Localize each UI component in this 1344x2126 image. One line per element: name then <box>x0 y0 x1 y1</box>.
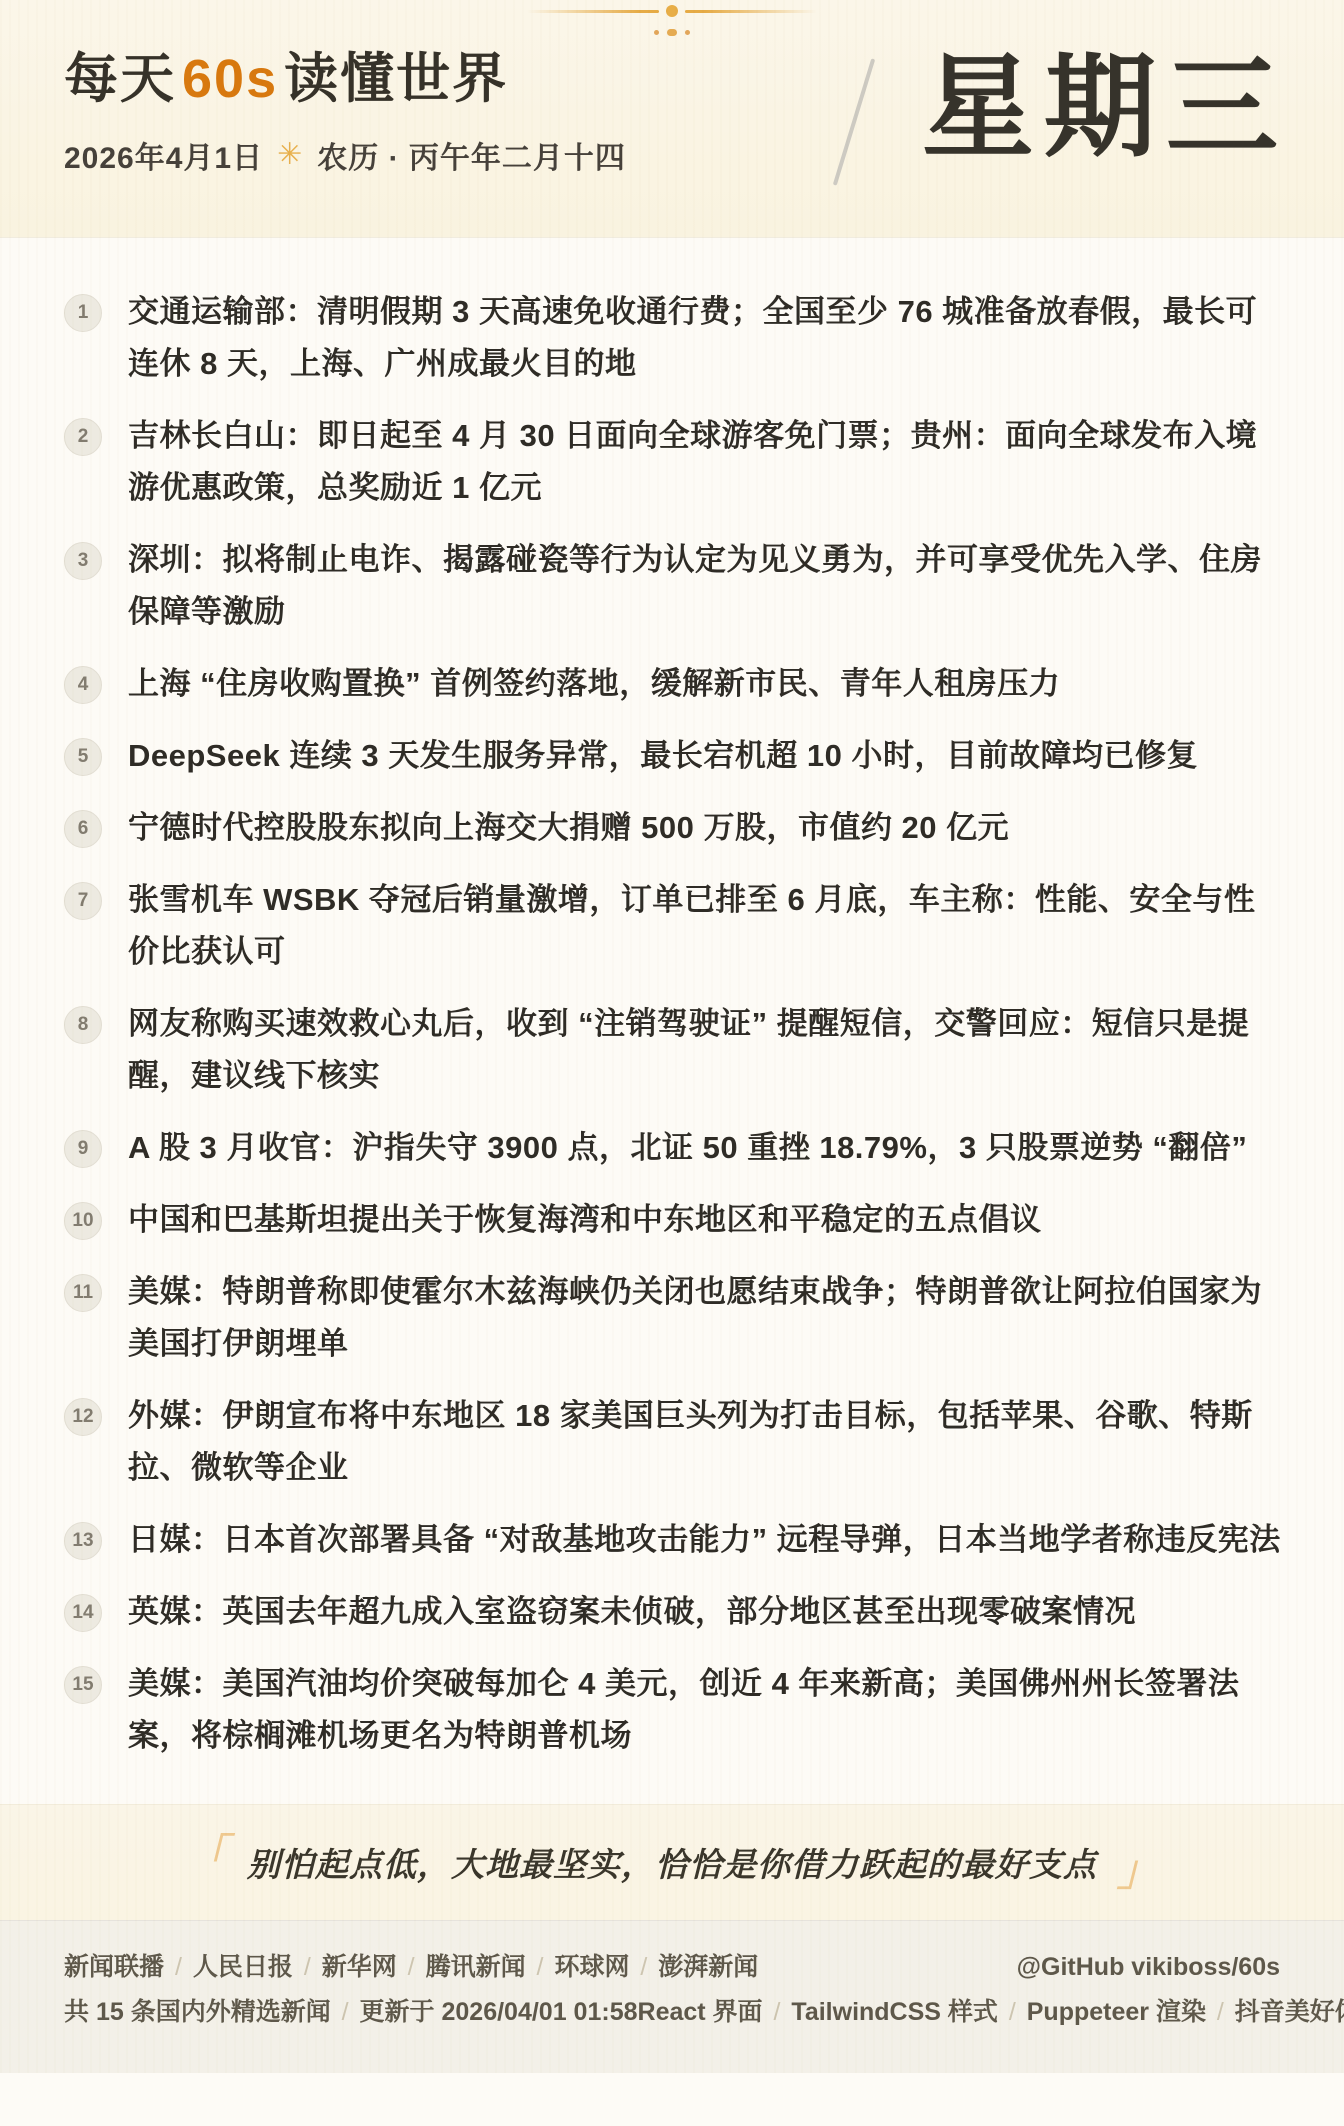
title-accent-60s: 60s <box>176 49 284 109</box>
title-suffix: 读懂世界 <box>284 49 508 109</box>
item-number-badge: 7 <box>64 882 102 920</box>
news-item-text: 美媒：特朗普称即使霍尔木兹海峡仍关闭也愿结束战争；特朗普欲让阿拉伯国家为美国打伊… <box>128 1266 1282 1370</box>
ornament-circle-icon <box>666 5 678 17</box>
news-list: 1 交通运输部：清明假期 3 天高速免收通行费；全国至少 76 城准备放春假，最… <box>64 286 1282 1762</box>
dot-icon <box>654 30 659 35</box>
item-number-badge: 13 <box>64 1522 102 1560</box>
top-ornament-dots <box>654 29 690 36</box>
quote-close-bracket-icon: 」 <box>1117 1850 1159 1892</box>
item-number-badge: 14 <box>64 1594 102 1632</box>
news-item-text: 上海 “住房收购置换” 首例签约落地，缓解新市民、青年人租房压力 <box>128 658 1060 710</box>
item-number-badge: 4 <box>64 666 102 704</box>
news-item: 14 英媒：英国去年超九成入室盗窃案未侦破，部分地区甚至出现零破案情况 <box>64 1586 1282 1638</box>
news-item-text: 美媒：美国汽油均价突破每加仑 4 美元，创近 4 年来新高；美国佛州州长签署法案… <box>128 1658 1282 1762</box>
quote-open-bracket-icon: 「 <box>185 1834 227 1876</box>
footer-row-meta: 共 15 条国内外精选新闻 / 更新于 2026/04/01 01:58 Rea… <box>64 2000 1280 2025</box>
news-item-text: 深圳：拟将制止电诈、揭露碰瓷等行为认定为见义勇为，并可享受优先入学、住房保障等激… <box>128 534 1282 638</box>
gregorian-date: 2026年4月1日 <box>64 133 263 177</box>
news-item-text: DeepSeek 连续 3 天发生服务异常，最长宕机超 10 小时，目前故障均已… <box>128 730 1198 782</box>
item-number-badge: 9 <box>64 1130 102 1168</box>
news-item: 13 日媒：日本首次部署具备 “对敌基地攻击能力” 远程导弹，日本当地学者称违反… <box>64 1514 1282 1566</box>
item-number-badge: 6 <box>64 810 102 848</box>
news-item: 12 外媒：伊朗宣布将中东地区 18 家美国巨头列为打击目标，包括苹果、谷歌、特… <box>64 1390 1282 1494</box>
news-item-text: 张雪机车 WSBK 夺冠后销量激增，订单已排至 6 月底，车主称：性能、安全与性… <box>128 874 1282 978</box>
news-item-text: 中国和巴基斯坦提出关于恢复海湾和中东地区和平稳定的五点倡议 <box>128 1194 1042 1246</box>
news-item: 10 中国和巴基斯坦提出关于恢复海湾和中东地区和平稳定的五点倡议 <box>64 1194 1282 1246</box>
news-item: 15 美媒：美国汽油均价突破每加仑 4 美元，创近 4 年来新高；美国佛州州长签… <box>64 1658 1282 1762</box>
item-number-badge: 12 <box>64 1398 102 1436</box>
item-number-badge: 10 <box>64 1202 102 1240</box>
github-credit: @GitHub vikiboss/60s <box>1017 1955 1280 1980</box>
daily-quote-section: 「 别怕起点低，大地最坚实，恰恰是你借力跃起的最好支点 」 <box>0 1804 1344 1920</box>
tech-credits: React 界面 / TailwindCSS 样式 / Puppeteer 渲染… <box>638 2000 1344 2025</box>
dot-icon <box>667 29 677 36</box>
title-prefix: 每天 <box>64 49 176 109</box>
news-item: 8 网友称购买速效救心丸后，收到 “注销驾驶证” 提醒短信，交警回应：短信只是提… <box>64 998 1282 1102</box>
header: 每天60s读懂世界 2026年4月1日 ✳ 农历 · 丙午年二月十四 星期三 <box>0 0 1344 238</box>
news-item: 6 宁德时代控股股东拟向上海交大捐赠 500 万股，市值约 20 亿元 <box>64 802 1282 854</box>
item-number-badge: 15 <box>64 1666 102 1704</box>
digest-stats: 共 15 条国内外精选新闻 / 更新于 2026/04/01 01:58 <box>64 2000 638 2025</box>
news-item-text: A 股 3 月收官：沪指失守 3900 点，北证 50 重挫 18.79%，3 … <box>128 1122 1247 1174</box>
ornament-line-right <box>685 10 817 13</box>
page-title: 每天60s读懂世界 <box>64 50 842 109</box>
lunar-date: 农历 · 丙午年二月十四 <box>317 133 626 177</box>
news-digest-card: 每天60s读懂世界 2026年4月1日 ✳ 农历 · 丙午年二月十四 星期三 1… <box>0 0 1344 2073</box>
item-number-badge: 2 <box>64 418 102 456</box>
news-item-text: 吉林长白山：即日起至 4 月 30 日面向全球游客免门票；贵州：面向全球发布入境… <box>128 410 1282 514</box>
news-item: 11 美媒：特朗普称即使霍尔木兹海峡仍关闭也愿结束战争；特朗普欲让阿拉伯国家为美… <box>64 1266 1282 1370</box>
top-ornament-line <box>527 5 817 17</box>
news-sources: 新闻联播 / 人民日报 / 新华网 / 腾讯新闻 / 环球网 / 澎湃新闻 <box>64 1955 758 1980</box>
news-item-text: 宁德时代控股股东拟向上海交大捐赠 500 万股，市值约 20 亿元 <box>128 802 1009 854</box>
news-item: 1 交通运输部：清明假期 3 天高速免收通行费；全国至少 76 城准备放春假，最… <box>64 286 1282 390</box>
news-item: 2 吉林长白山：即日起至 4 月 30 日面向全球游客免门票；贵州：面向全球发布… <box>64 410 1282 514</box>
item-number-badge: 3 <box>64 542 102 580</box>
news-item: 9 A 股 3 月收官：沪指失守 3900 点，北证 50 重挫 18.79%，… <box>64 1122 1282 1174</box>
news-item: 4 上海 “住房收购置换” 首例签约落地，缓解新市民、青年人租房压力 <box>64 658 1282 710</box>
weekday-label: 星期三 <box>922 52 1288 164</box>
news-item-text: 网友称购买速效救心丸后，收到 “注销驾驶证” 提醒短信，交警回应：短信只是提醒，… <box>128 998 1282 1102</box>
news-item: 5 DeepSeek 连续 3 天发生服务异常，最长宕机超 10 小时，目前故障… <box>64 730 1282 782</box>
ornament-line-left <box>527 10 659 13</box>
daily-quote-text: 别怕起点低，大地最坚实，恰恰是你借力跃起的最好支点 <box>247 1839 1097 1886</box>
news-item-text: 日媒：日本首次部署具备 “对敌基地攻击能力” 远程导弹，日本当地学者称违反宪法 <box>128 1514 1281 1566</box>
news-item-text: 交通运输部：清明假期 3 天高速免收通行费；全国至少 76 城准备放春假，最长可… <box>128 286 1282 390</box>
news-item: 7 张雪机车 WSBK 夺冠后销量激增，订单已排至 6 月底，车主称：性能、安全… <box>64 874 1282 978</box>
footer: 新闻联播 / 人民日报 / 新华网 / 腾讯新闻 / 环球网 / 澎湃新闻 @G… <box>0 1920 1344 2073</box>
news-list-section: 1 交通运输部：清明假期 3 天高速免收通行费；全国至少 76 城准备放春假，最… <box>0 238 1344 1804</box>
item-number-badge: 11 <box>64 1274 102 1312</box>
news-item: 3 深圳：拟将制止电诈、揭露碰瓷等行为认定为见义勇为，并可享受优先入学、住房保障… <box>64 534 1282 638</box>
header-left: 每天60s读懂世界 2026年4月1日 ✳ 农历 · 丙午年二月十四 <box>64 50 842 177</box>
asterisk-flower-icon: ✳ <box>277 140 303 170</box>
news-item-text: 外媒：伊朗宣布将中东地区 18 家美国巨头列为打击目标，包括苹果、谷歌、特斯拉、… <box>128 1390 1282 1494</box>
news-item-text: 英媒：英国去年超九成入室盗窃案未侦破，部分地区甚至出现零破案情况 <box>128 1586 1136 1638</box>
footer-row-sources: 新闻联播 / 人民日报 / 新华网 / 腾讯新闻 / 环球网 / 澎湃新闻 @G… <box>64 1955 1280 1980</box>
item-number-badge: 1 <box>64 294 102 332</box>
date-line: 2026年4月1日 ✳ 农历 · 丙午年二月十四 <box>64 133 842 177</box>
dot-icon <box>685 30 690 35</box>
item-number-badge: 5 <box>64 738 102 776</box>
item-number-badge: 8 <box>64 1006 102 1044</box>
